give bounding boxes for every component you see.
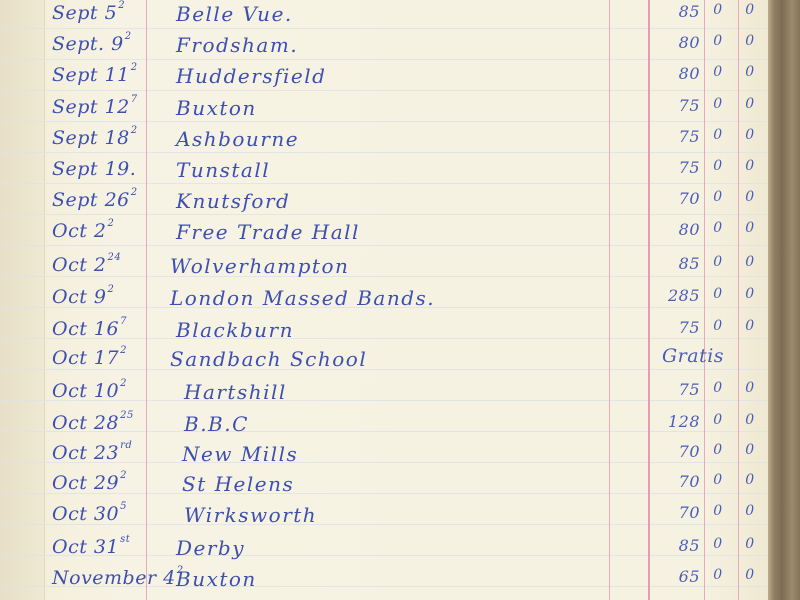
ledger-row: Sept. 92Frodsham.8000 xyxy=(0,33,770,63)
entry-venue: Sandbach School xyxy=(170,347,367,371)
entry-date: Sept. 92 xyxy=(52,33,132,55)
entry-date-text: Sept 5 xyxy=(52,2,117,24)
entry-venue: B.B.C xyxy=(184,412,249,436)
entry-shillings: 0 xyxy=(708,412,728,428)
entry-date-suffix: 2 xyxy=(118,0,125,11)
entry-date-text: Oct 23 xyxy=(52,442,119,464)
entry-date-text: Oct 28 xyxy=(52,412,119,434)
entry-pounds: 285 xyxy=(640,286,700,305)
entry-pounds: 85 xyxy=(640,254,700,273)
entry-venue: Wolverhampton xyxy=(170,254,349,278)
entry-date-text: Oct 31 xyxy=(52,536,119,558)
entry-venue: Frodsham. xyxy=(176,33,298,57)
entry-pence: 0 xyxy=(740,286,760,302)
entry-venue: New Mills xyxy=(182,442,298,466)
entry-date: Sept 127 xyxy=(52,96,138,118)
ledger-row: Oct 102Hartshill7500 xyxy=(0,380,770,410)
ledger-row: Sept 182Ashbourne7500 xyxy=(0,127,770,157)
entry-date-text: November 4 xyxy=(52,567,176,589)
entry-venue: Derby xyxy=(176,536,245,560)
ledger-row: Oct 172Sandbach SchoolGratis xyxy=(0,347,770,377)
entry-date-suffix: 5 xyxy=(120,501,127,512)
entry-date: Sept 182 xyxy=(52,127,138,149)
entry-shillings: 0 xyxy=(708,503,728,519)
entry-date-suffix: 2 xyxy=(120,470,127,481)
entry-date-text: Oct 2 xyxy=(52,254,106,276)
entry-date-suffix: 2 xyxy=(131,125,138,136)
entry-date-text: Sept 19. xyxy=(52,158,136,180)
entry-venue: Wirksworth xyxy=(184,503,317,527)
entry-venue: Belle Vue. xyxy=(176,2,293,26)
entry-date: Sept 112 xyxy=(52,64,138,86)
entry-pounds: 75 xyxy=(640,380,700,399)
entry-shillings: 0 xyxy=(708,567,728,583)
entry-date: Sept 262 xyxy=(52,189,138,211)
entry-pounds: 75 xyxy=(640,127,700,146)
entry-pence: 0 xyxy=(740,158,760,174)
entry-date-text: Oct 9 xyxy=(52,286,106,308)
entry-shillings: 0 xyxy=(708,220,728,236)
entry-date: Oct 224 xyxy=(52,254,121,276)
entry-date-text: Oct 30 xyxy=(52,503,119,525)
ledger-row: Oct 2825B.B.C12800 xyxy=(0,412,770,442)
entry-date-suffix: st xyxy=(120,534,130,545)
entry-shillings: 0 xyxy=(708,127,728,143)
entry-date: Oct 167 xyxy=(52,318,127,340)
entry-pounds: 75 xyxy=(640,96,700,115)
entry-shillings: 0 xyxy=(708,254,728,270)
entry-pence: 0 xyxy=(740,254,760,270)
entry-date-text: Sept 26 xyxy=(52,189,130,211)
entry-pence: 0 xyxy=(740,567,760,583)
entry-pence: 0 xyxy=(740,503,760,519)
ledger-row: Oct 22Free Trade Hall8000 xyxy=(0,220,770,250)
entry-date: Oct 31st xyxy=(52,536,130,558)
entry-pounds: 85 xyxy=(640,536,700,555)
ledger-row: Sept 112Huddersfield8000 xyxy=(0,64,770,94)
ledger-row: Oct 31stDerby8500 xyxy=(0,536,770,566)
entry-shillings: 0 xyxy=(708,380,728,396)
entry-shillings: 0 xyxy=(708,33,728,49)
entry-date: Sept 19. xyxy=(52,158,136,180)
entry-pence: 0 xyxy=(740,96,760,112)
ledger-row: Oct 92London Massed Bands.28500 xyxy=(0,286,770,316)
entry-pence: 0 xyxy=(740,318,760,334)
entry-venue: Hartshill xyxy=(184,380,287,404)
entry-pounds: 65 xyxy=(640,567,700,586)
entry-pounds: 70 xyxy=(640,503,700,522)
entry-shillings: 0 xyxy=(708,536,728,552)
entry-date-text: Oct 29 xyxy=(52,472,119,494)
entry-date-suffix: 2 xyxy=(107,218,114,229)
entry-date-suffix: 2 xyxy=(107,284,114,295)
ledger-row: Oct 167Blackburn7500 xyxy=(0,318,770,348)
entry-shillings: 0 xyxy=(708,318,728,334)
entry-date-text: Oct 17 xyxy=(52,347,119,369)
entry-pence: 0 xyxy=(740,64,760,80)
entry-shillings: 0 xyxy=(708,189,728,205)
entry-pounds: 70 xyxy=(640,189,700,208)
entry-date-suffix: 2 xyxy=(120,378,127,389)
ledger-row: Oct 292St Helens7000 xyxy=(0,472,770,502)
entry-date-suffix: 2 xyxy=(131,62,138,73)
entry-venue: Huddersfield xyxy=(176,64,326,88)
entry-date-suffix: 2 xyxy=(125,31,132,42)
ledger-row: Oct 224Wolverhampton8500 xyxy=(0,254,770,284)
entry-venue: Buxton xyxy=(176,567,257,591)
entry-date-text: Sept 11 xyxy=(52,64,130,86)
ledger-row: Sept 52Belle Vue.8500 xyxy=(0,2,770,32)
entry-pounds: 85 xyxy=(640,2,700,21)
entry-date: Oct 92 xyxy=(52,286,114,308)
entry-pounds: 80 xyxy=(640,220,700,239)
ledger-row: Sept 127Buxton7500 xyxy=(0,96,770,126)
entry-date-suffix: 7 xyxy=(120,316,127,327)
entry-date-suffix: 24 xyxy=(107,252,121,263)
entry-date: Oct 2825 xyxy=(52,412,134,434)
entry-pence: 0 xyxy=(740,127,760,143)
entry-pence: 0 xyxy=(740,380,760,396)
entry-shillings: 0 xyxy=(708,2,728,18)
entry-date-suffix: 2 xyxy=(131,187,138,198)
entry-venue: Free Trade Hall xyxy=(176,220,360,244)
entry-pounds: 70 xyxy=(640,472,700,491)
entry-pence: 0 xyxy=(740,412,760,428)
entry-date-suffix: 25 xyxy=(120,410,134,421)
entry-date: Oct 102 xyxy=(52,380,127,402)
entry-date-text: Sept. 9 xyxy=(52,33,124,55)
entry-pounds: 75 xyxy=(640,158,700,177)
entry-pounds: 128 xyxy=(640,412,700,431)
entry-shillings: 0 xyxy=(708,64,728,80)
entry-date: Oct 23rd xyxy=(52,442,132,464)
entry-pounds: 80 xyxy=(640,33,700,52)
ledger-row: Sept 19.Tunstall7500 xyxy=(0,158,770,188)
entry-date-suffix: 2 xyxy=(120,345,127,356)
entry-venue: Blackburn xyxy=(176,318,294,342)
entry-pence: 0 xyxy=(740,2,760,18)
entry-date: November 42 xyxy=(52,567,184,589)
entry-date-text: Sept 12 xyxy=(52,96,130,118)
entry-date: Oct 292 xyxy=(52,472,127,494)
entry-pounds: 75 xyxy=(640,318,700,337)
entry-pence: 0 xyxy=(740,189,760,205)
ledger-page: Sept 52Belle Vue.8500Sept. 92Frodsham.80… xyxy=(0,0,800,600)
entry-venue: Tunstall xyxy=(176,158,270,182)
entry-date: Oct 305 xyxy=(52,503,127,525)
entry-shillings: 0 xyxy=(708,96,728,112)
ledger-row: Sept 262Knutsford7000 xyxy=(0,189,770,219)
entry-shillings: 0 xyxy=(708,286,728,302)
entry-venue: St Helens xyxy=(182,472,294,496)
entry-date-text: Sept 18 xyxy=(52,127,130,149)
entry-pence: 0 xyxy=(740,442,760,458)
entry-pence: 0 xyxy=(740,220,760,236)
entry-date: Sept 52 xyxy=(52,2,125,24)
entry-shillings: 0 xyxy=(708,442,728,458)
entry-pence: 0 xyxy=(740,472,760,488)
entry-date-text: Oct 16 xyxy=(52,318,119,340)
entry-venue: London Massed Bands. xyxy=(170,286,435,310)
entry-venue: Knutsford xyxy=(176,189,290,213)
entry-date-text: Oct 10 xyxy=(52,380,119,402)
entry-date-suffix: 7 xyxy=(131,94,138,105)
entry-pounds: 70 xyxy=(640,442,700,461)
entry-pounds: Gratis xyxy=(600,345,762,367)
entry-date-text: Oct 2 xyxy=(52,220,106,242)
entry-pence: 0 xyxy=(740,33,760,49)
entry-shillings: 0 xyxy=(708,158,728,174)
entry-venue: Buxton xyxy=(176,96,257,120)
book-binding xyxy=(768,0,800,600)
ledger-row: Oct 23rdNew Mills7000 xyxy=(0,442,770,472)
entry-date: Oct 22 xyxy=(52,220,114,242)
entry-pence: 0 xyxy=(740,536,760,552)
ledger-row: November 42Buxton6500 xyxy=(0,567,770,597)
ledger-row: Oct 305Wirksworth7000 xyxy=(0,503,770,533)
entry-venue: Ashbourne xyxy=(176,127,299,151)
entry-shillings: 0 xyxy=(708,472,728,488)
entry-pounds: 80 xyxy=(640,64,700,83)
entry-date: Oct 172 xyxy=(52,347,127,369)
entry-date-suffix: rd xyxy=(120,440,132,451)
